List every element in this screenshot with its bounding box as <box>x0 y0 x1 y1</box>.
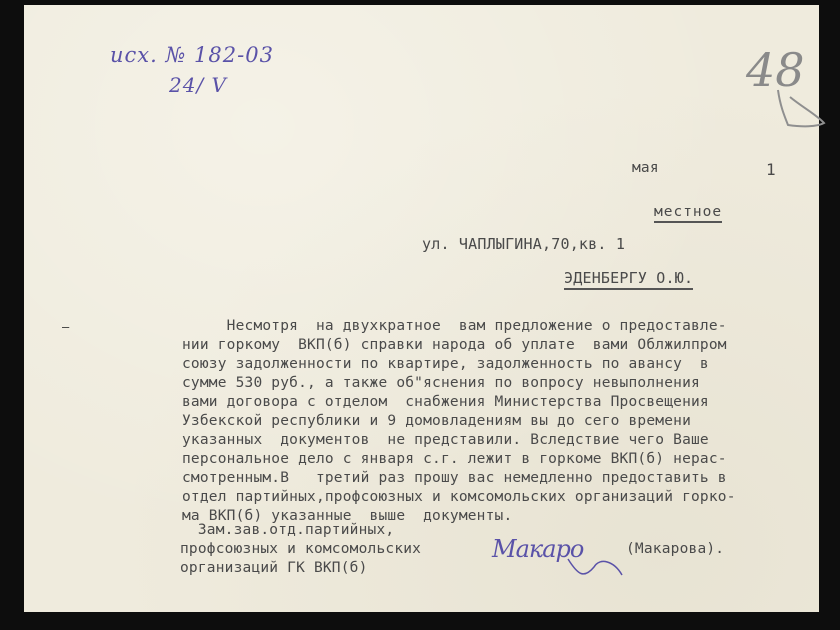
handwritten-outgoing-number: исх. № 182-03 <box>110 43 274 67</box>
margin-mark: — <box>62 320 69 334</box>
document-page: исх. № 182-03 24/ V 48 мая 1 местное ул.… <box>24 5 819 612</box>
body-line: вами договора с отделом снабжения Минист… <box>182 393 709 412</box>
recipient-name: ЭДЕНБЕРГУ О.Ю. <box>564 269 693 290</box>
delivery-type: местное <box>654 204 722 223</box>
handwritten-date-note: 24/ V <box>169 73 227 97</box>
body-line: Узбекской республики и 9 домовладениям в… <box>182 412 691 431</box>
body-line: союзу задолженности по квартире, задолже… <box>182 355 709 374</box>
body-line: смотренным.В третий раз прошу вас немедл… <box>182 469 727 488</box>
body-line: персональное дело с января с.г. лежит в … <box>182 450 727 469</box>
date-day: 1 <box>766 160 776 179</box>
signature-flourish-icon <box>564 545 634 585</box>
date-month: мая <box>632 160 659 176</box>
signer-title-line: Зам.зав.отд.партийных, <box>180 522 394 538</box>
signer-title-line: организаций ГК ВКП(б) <box>180 560 368 576</box>
body-line: отдел партийных,профсоюзных и комсомольс… <box>182 488 736 507</box>
pencil-flourish-icon <box>762 85 832 130</box>
body-line: нии горкому ВКП(б) справки народа об упл… <box>182 336 727 355</box>
body-line: Несмотря на двухкратное вам предложение … <box>182 317 727 336</box>
signer-name: (Макарова). <box>626 541 724 557</box>
recipient-address: ул. ЧАПЛЫГИНА,70,кв. 1 <box>422 235 625 253</box>
body-line: указанных документов не представили. Всл… <box>182 431 709 450</box>
signer-title-line: профсоюзных и комсомольских <box>180 541 421 557</box>
body-line: сумме 530 руб., а также об"яснения по во… <box>182 374 700 393</box>
